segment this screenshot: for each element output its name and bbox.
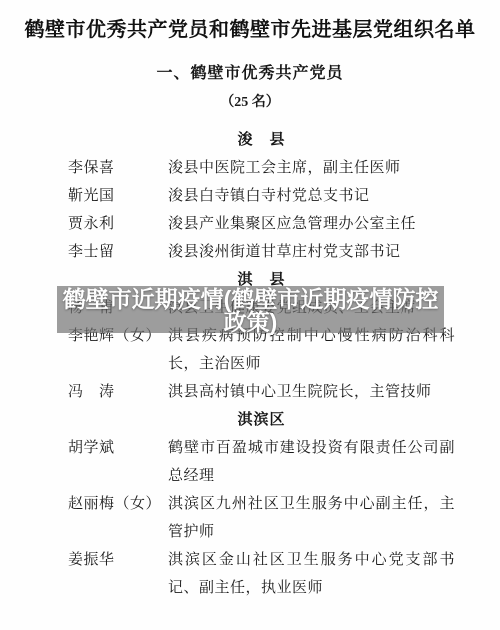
member-name: 贾永利 [68, 210, 168, 238]
member-role: 浚县中医院工会主席，副主任医师 [168, 154, 455, 182]
member-role: 淇滨区金山社区卫生服务中心党支部书记、副主任，执业医师 [168, 546, 455, 602]
member-row: 胡学斌 鹤壁市百盈城市建设投资有限责任公司副总经理 [68, 434, 455, 490]
member-role: 淇滨区九州社区卫生服务中心副主任，主管护师 [168, 490, 455, 546]
member-name: 冯 涛 [68, 378, 168, 406]
document-section-title: 一、鹤壁市优秀共产党员 [0, 62, 500, 86]
group-heading-qibinqu: 淇滨区 [68, 406, 455, 434]
member-row: 冯 涛 淇县高村镇中心卫生院院长，主管技师 [68, 378, 455, 406]
member-name: 姜振华 [68, 546, 168, 602]
member-name: 李士留 [68, 238, 168, 266]
member-row: 靳光国 浚县白寺镇白寺村党总支书记 [68, 182, 455, 210]
group-heading-xunxian: 浚 县 [68, 126, 455, 154]
member-role: 浚县白寺镇白寺村党总支书记 [168, 182, 455, 210]
member-row: 贾永利 浚县产业集聚区应急管理办公室主任 [68, 210, 455, 238]
scanned-document-page: 鹤壁市优秀共产党员和鹤壁市先进基层党组织名单 一、鹤壁市优秀共产党员 （25 名… [0, 0, 500, 630]
member-name: 靳光国 [68, 182, 168, 210]
member-name: 胡学斌 [68, 434, 168, 490]
member-role: 浚县产业集聚区应急管理办公室主任 [168, 210, 455, 238]
member-role: 淇县高村镇中心卫生院院长，主管技师 [168, 378, 455, 406]
member-role: 浚县浚州街道甘草庄村党支部书记 [168, 238, 455, 266]
member-row: 李士留 浚县浚州街道甘草庄村党支部书记 [68, 238, 455, 266]
document-title: 鹤壁市优秀共产党员和鹤壁市先进基层党组织名单 [0, 16, 500, 44]
member-role: 鹤壁市百盈城市建设投资有限责任公司副总经理 [168, 434, 455, 490]
member-row: 李保喜 浚县中医院工会主席，副主任医师 [68, 154, 455, 182]
member-name: 李保喜 [68, 154, 168, 182]
member-name: 赵丽梅（女） [68, 490, 168, 546]
member-row: 赵丽梅（女） 淇滨区九州社区卫生服务中心副主任，主管护师 [68, 490, 455, 546]
member-row: 姜振华 淇滨区金山社区卫生服务中心党支部书记、副主任，执业医师 [68, 546, 455, 602]
watermark-title-overlay: 鹤壁市近期疫情(鹤壁市近期疫情防控政策) [57, 286, 444, 333]
member-groups: 浚 县 李保喜 浚县中医院工会主席，副主任医师 靳光国 浚县白寺镇白寺村党总支书… [68, 126, 455, 602]
member-count-label: （25 名） [0, 92, 500, 114]
